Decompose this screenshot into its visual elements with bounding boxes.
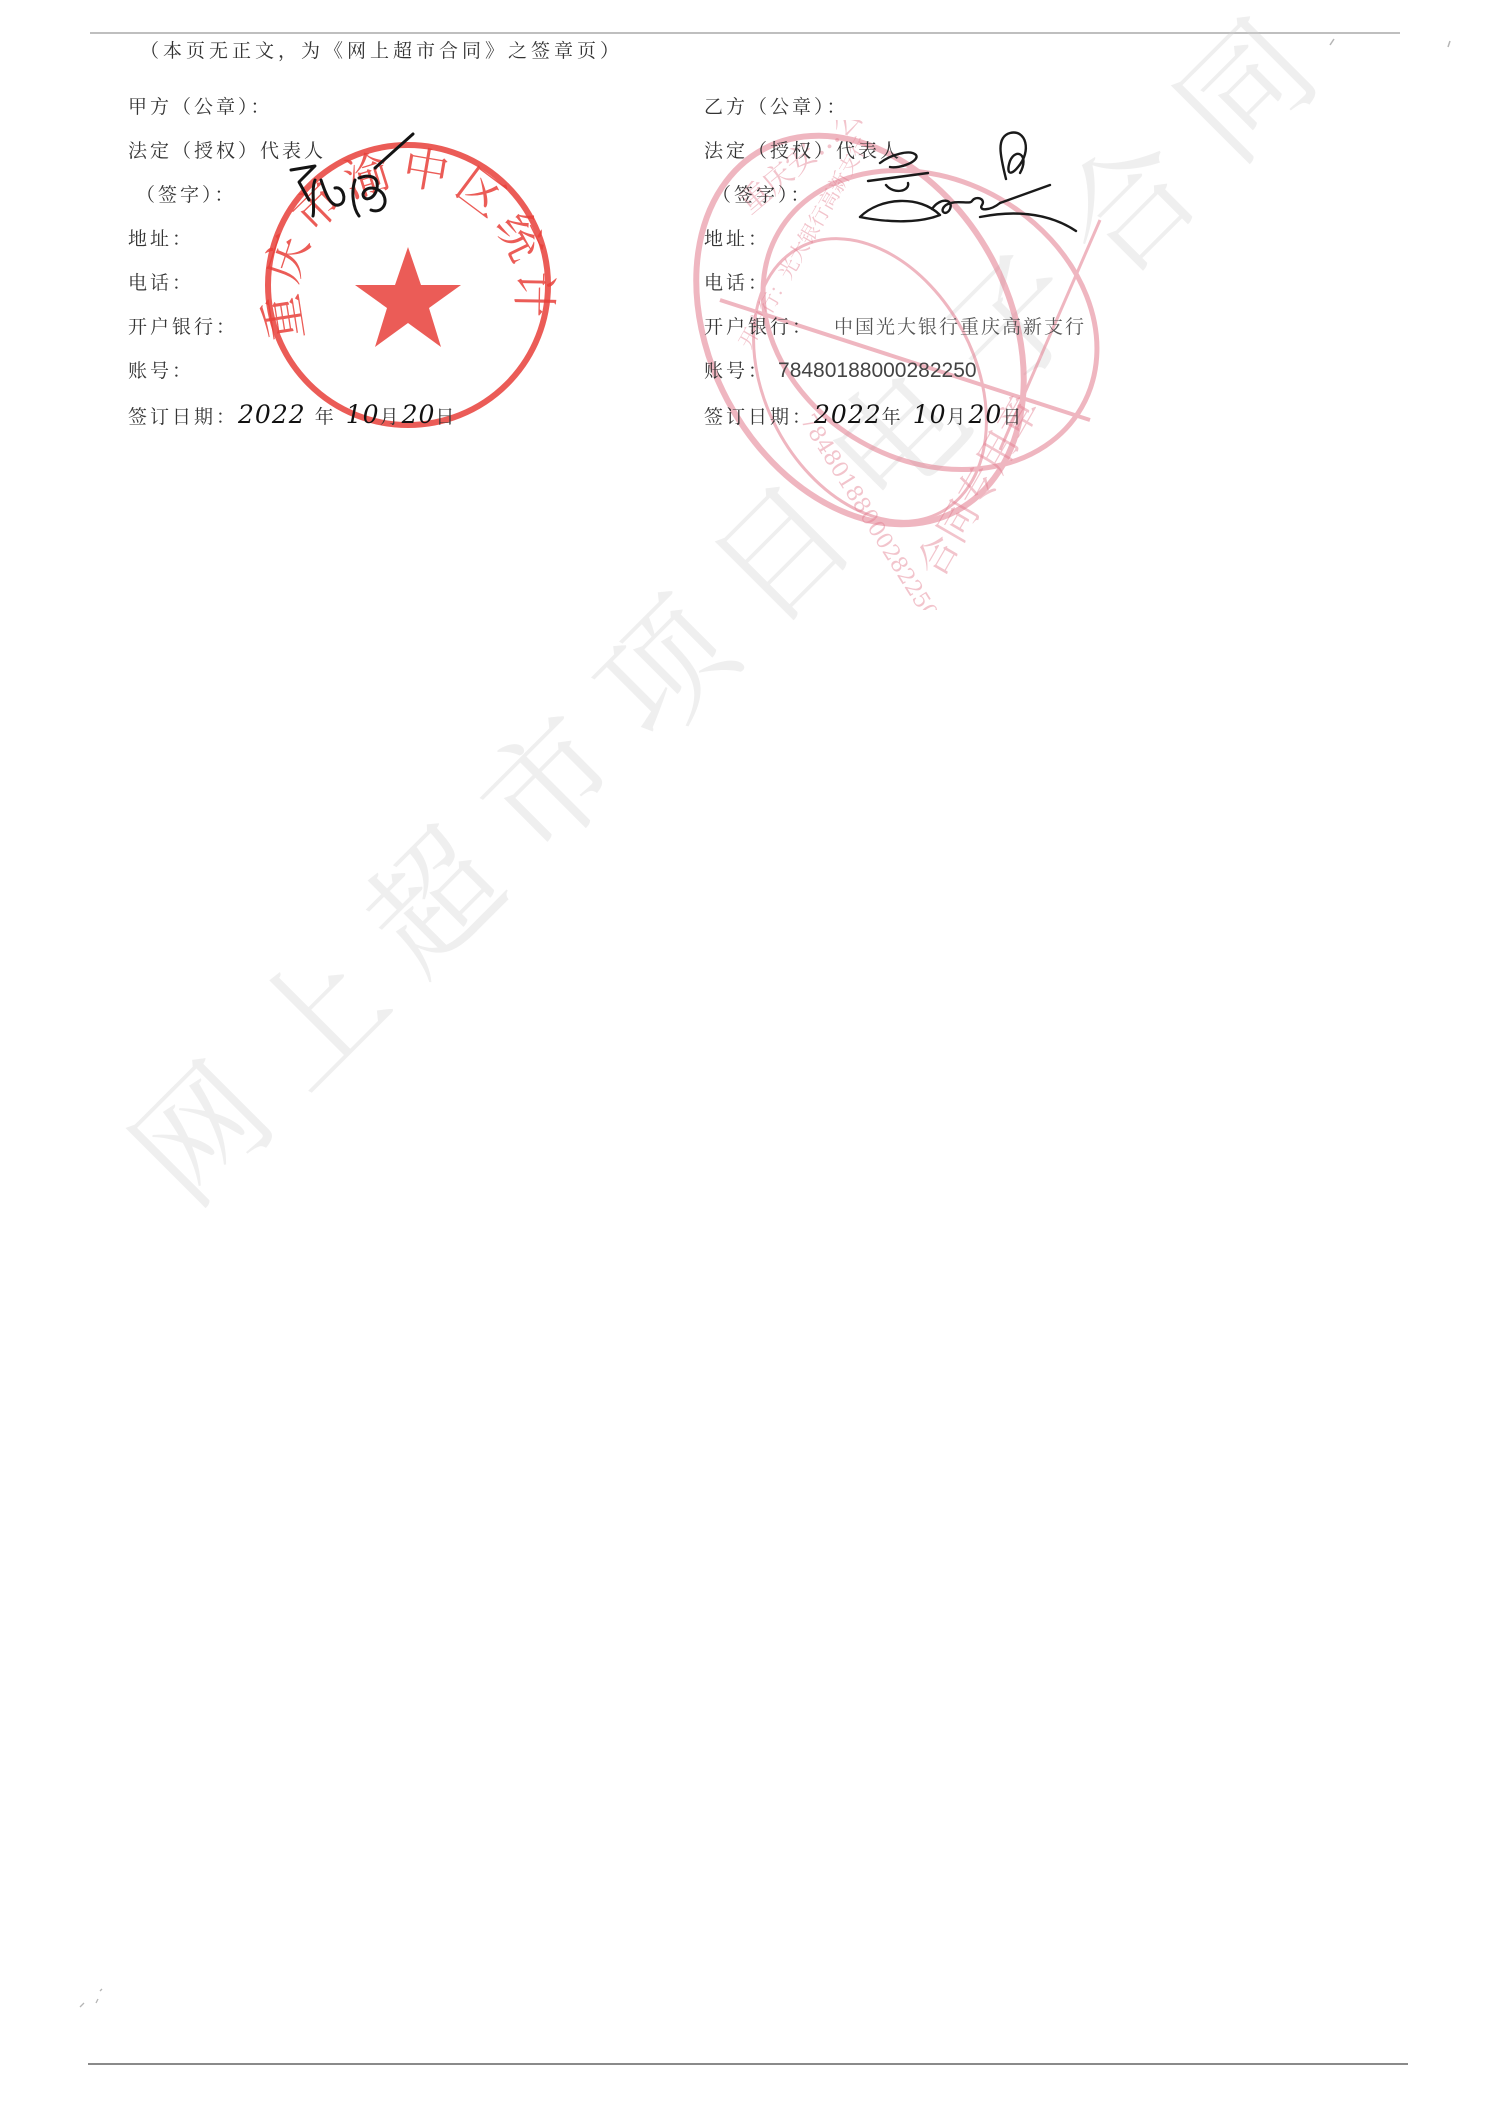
party-a-bank: 开户银行：	[128, 312, 688, 356]
handwritten-year: 2022	[238, 400, 306, 429]
party-a-title: 甲方（公章）：	[128, 92, 688, 136]
page-note: （本页无正文，为《网上超市合同》之签章页）	[140, 36, 623, 63]
party-a-account: 账号：	[128, 356, 688, 400]
handwritten-day: 20	[969, 400, 1003, 429]
party-b-bank: 开户银行：中国光大银行重庆高新支行	[704, 312, 1264, 356]
bottom-rule	[88, 2063, 1408, 2065]
party-b-block: 乙方（公章）： 法定（授权）代表人 （签字）： 地址： 电话： 开户银行：中国光…	[704, 92, 1264, 444]
handwritten-month: 10	[346, 400, 380, 429]
handwritten-year: 2022	[814, 400, 882, 429]
party-a-block: 甲方（公章）： 法定（授权）代表人 （签字）： 地址： 电话： 开户银行： 账号…	[128, 92, 688, 444]
scan-specks-bottom	[60, 1985, 120, 2015]
party-a-sign-date: 签订日期：2022 年 10月20日	[128, 400, 688, 444]
top-rule	[90, 32, 1400, 34]
party-b-title: 乙方（公章）：	[704, 92, 1264, 136]
scan-specks	[1320, 35, 1460, 55]
handwritten-month: 10	[913, 400, 947, 429]
party-b-phone: 电话：	[704, 268, 1264, 312]
party-b-account: 账号：78480188000282250	[704, 356, 1264, 400]
party-b-sign-date: 签订日期：2022年 10月20日	[704, 400, 1264, 444]
party-a-signature-row: （签字）：	[128, 180, 688, 224]
party-a-phone: 电话：	[128, 268, 688, 312]
party-b-representative: 法定（授权）代表人	[704, 136, 1264, 180]
party-a-representative: 法定（授权）代表人	[128, 136, 688, 180]
party-b-signature-row: （签字）：	[704, 180, 1264, 224]
party-b-address: 地址：	[704, 224, 1264, 268]
handwritten-day: 20	[402, 400, 436, 429]
party-a-address: 地址：	[128, 224, 688, 268]
